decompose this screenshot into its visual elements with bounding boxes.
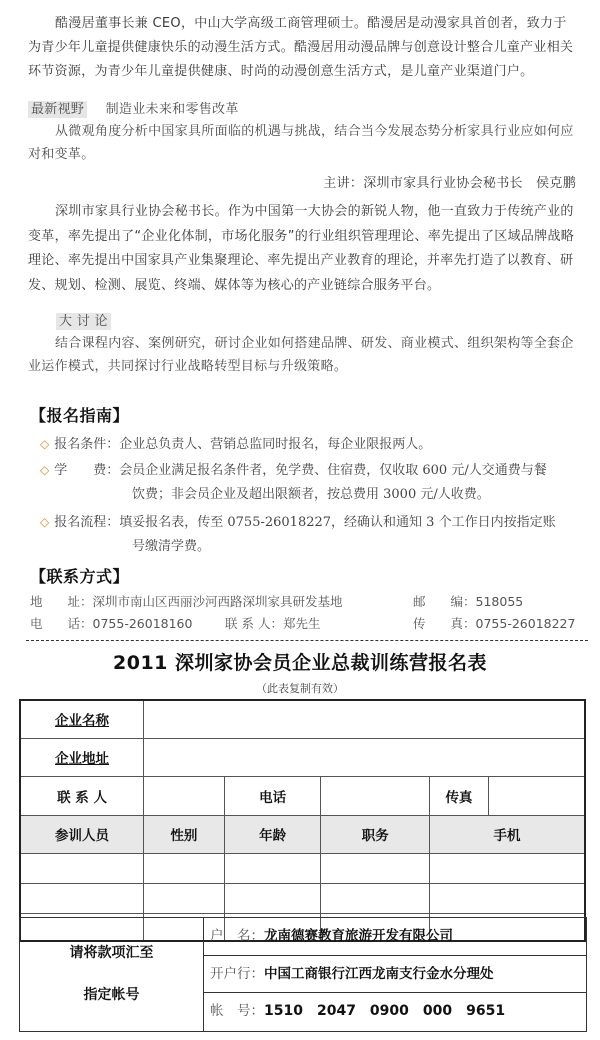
bank-label: 开户行： [210,966,264,982]
guide-item-fee-cont: 饮费；非会员企业及超出限额者，按总费用 3000 元/人收费。 [132,483,582,507]
phone-label: 电话 [224,776,321,815]
company-name-label: 企业名称 [20,700,144,738]
attendee-row [20,853,585,883]
bank-instruction: 请将款项汇至 指定帐号 [20,918,204,1031]
speaker-bio: 深圳市家具行业协会秘书长。作为中国第一大协会的新锐人物，他一直致力于传统产业的变… [28,200,576,298]
cut-line-divider [26,640,588,641]
fax-label: 传 真： [413,616,476,631]
phone-label: 电 话： [30,616,93,631]
vision-heading: 最新视野 制造业未来和零售改革 [28,98,576,122]
vision-speaker: 主讲：深圳市家具行业协会秘书长 侯克鹏 [28,172,576,196]
account-name-label: 户 名： [210,928,264,944]
vision-description: 从微观角度分析中国家具所面临的机遇与挑战，结合当今发展态势分析家具行业应如何应对… [28,120,576,166]
bank-name-row: 开户行：中国工商银行江西龙南支行金水分理处 [204,956,586,993]
zip-value: 518055 [476,594,524,609]
account-name-value: 龙南德赛教育旅游开发有限公司 [264,928,453,944]
guide-item-text: 填妥报名表，传至 0755-26018227，经确认和通知 3 个工作日内按指定… [119,515,555,530]
phone-field[interactable] [321,776,430,815]
contact-heading: 【联系方式】 [30,564,129,587]
attendee-age-field[interactable] [224,883,321,913]
account-number-value: 1510 2047 0900 000 9651 [264,1003,505,1019]
account-number-label: 帐 号： [210,1003,264,1019]
bank-instruction-line2: 指定帐号 [20,984,203,1004]
diamond-bullet-icon: ◇ [40,437,49,451]
attendee-name-field[interactable] [20,853,144,883]
diamond-bullet-icon: ◇ [40,515,49,529]
account-name-row: 户 名：龙南德赛教育旅游开发有限公司 [204,918,586,956]
column-header: 参训人员 [20,815,144,853]
discussion-heading: 大 讨 论 [56,310,111,334]
bank-instruction-line1: 请将款项汇至 [20,942,203,962]
attendee-name-field[interactable] [20,883,144,913]
person-value: 郑先生 [283,616,321,631]
company-address-field[interactable] [144,738,585,776]
address-value: 深圳市南山区西丽沙河西路深圳家具研发基地 [93,594,343,609]
contact-person: 联 系 人：郑先生 [225,614,320,632]
company-name-field[interactable] [144,700,585,738]
diamond-bullet-icon: ◇ [40,463,49,477]
discussion-description: 结合课程内容、案例研究，研讨企业如何搭建品牌、研发、商业模式、组织架构等全套企业… [28,332,576,378]
contact-phone: 电 话：0755-26018160 [30,614,192,632]
attendee-mobile-field[interactable] [430,853,585,883]
column-header: 年龄 [224,815,321,853]
column-header: 职务 [321,815,430,853]
intro-paragraph: 酷漫居董事长兼 CEO，中山大学高级工商管理硕士。酷漫居是动漫家具首创者，致力于… [28,12,576,84]
company-address-label: 企业地址 [20,738,144,776]
discussion-tag: 大 讨 论 [56,313,111,330]
account-number-row: 帐 号：1510 2047 0900 000 9651 [204,993,586,1030]
fax-label: 传真 [430,776,489,815]
zip-label: 邮 编： [413,594,476,609]
guide-item-conditions: ◇报名条件：企业总负责人、营销总监同时报名，每企业限报两人。 [40,432,580,457]
attendee-header-row: 参训人员 性别 年龄 职务 手机 [20,815,585,853]
attendee-gender-field[interactable] [144,883,225,913]
vision-topic: 制造业未来和零售改革 [106,102,239,117]
contact-person-field[interactable] [144,776,225,815]
contact-person-label: 联 系 人 [20,776,144,815]
registration-form-table: 企业名称 企业地址 联 系 人 电话 传真 参训人员 性别 年龄 职务 手机 [19,699,586,942]
attendee-age-field[interactable] [224,853,321,883]
guide-item-label: 学 费： [54,463,119,478]
guide-item-fee: ◇学 费：会员企业满足报名条件者，免学费、住宿费，仅收取 600 元/人交通费与… [40,458,585,483]
column-header: 手机 [430,815,585,853]
attendee-title-field[interactable] [321,853,430,883]
fax-value: 0755-26018227 [476,616,576,631]
attendee-title-field[interactable] [321,883,430,913]
guide-item-label: 报名流程： [54,515,119,530]
guide-item-text: 企业总负责人、营销总监同时报名，每企业限报两人。 [119,437,431,452]
guide-item-text: 会员企业满足报名条件者，免学费、住宿费，仅收取 600 元/人交通费与餐 [119,463,546,478]
contact-fax: 传 真：0755-26018227 [413,614,575,632]
attendee-mobile-field[interactable] [430,883,585,913]
contact-zip: 邮 编：518055 [413,592,523,610]
guide-item-process: ◇报名流程：填妥报名表，传至 0755-26018227，经确认和通知 3 个工… [40,510,585,535]
guide-item-process-cont: 号缴清学费。 [132,535,582,559]
form-title: 2011 深圳家协会员企业总裁训练营报名表 [0,648,600,675]
guide-item-label: 报名条件： [54,437,119,452]
bank-info-box: 请将款项汇至 指定帐号 户 名：龙南德赛教育旅游开发有限公司 开户行：中国工商银… [19,917,587,1032]
bank-name-value: 中国工商银行江西龙南支行金水分理处 [264,966,494,982]
guide-heading: 【报名指南】 [30,403,129,426]
attendee-row [20,883,585,913]
form-subtitle: （此表复制有效） [0,680,600,696]
vision-tag: 最新视野 [28,101,87,118]
phone-value: 0755-26018160 [93,616,193,631]
fax-field[interactable] [488,776,585,815]
column-header: 性别 [144,815,225,853]
person-label: 联 系 人： [225,616,283,631]
address-label: 地 址： [30,594,93,609]
attendee-gender-field[interactable] [144,853,225,883]
